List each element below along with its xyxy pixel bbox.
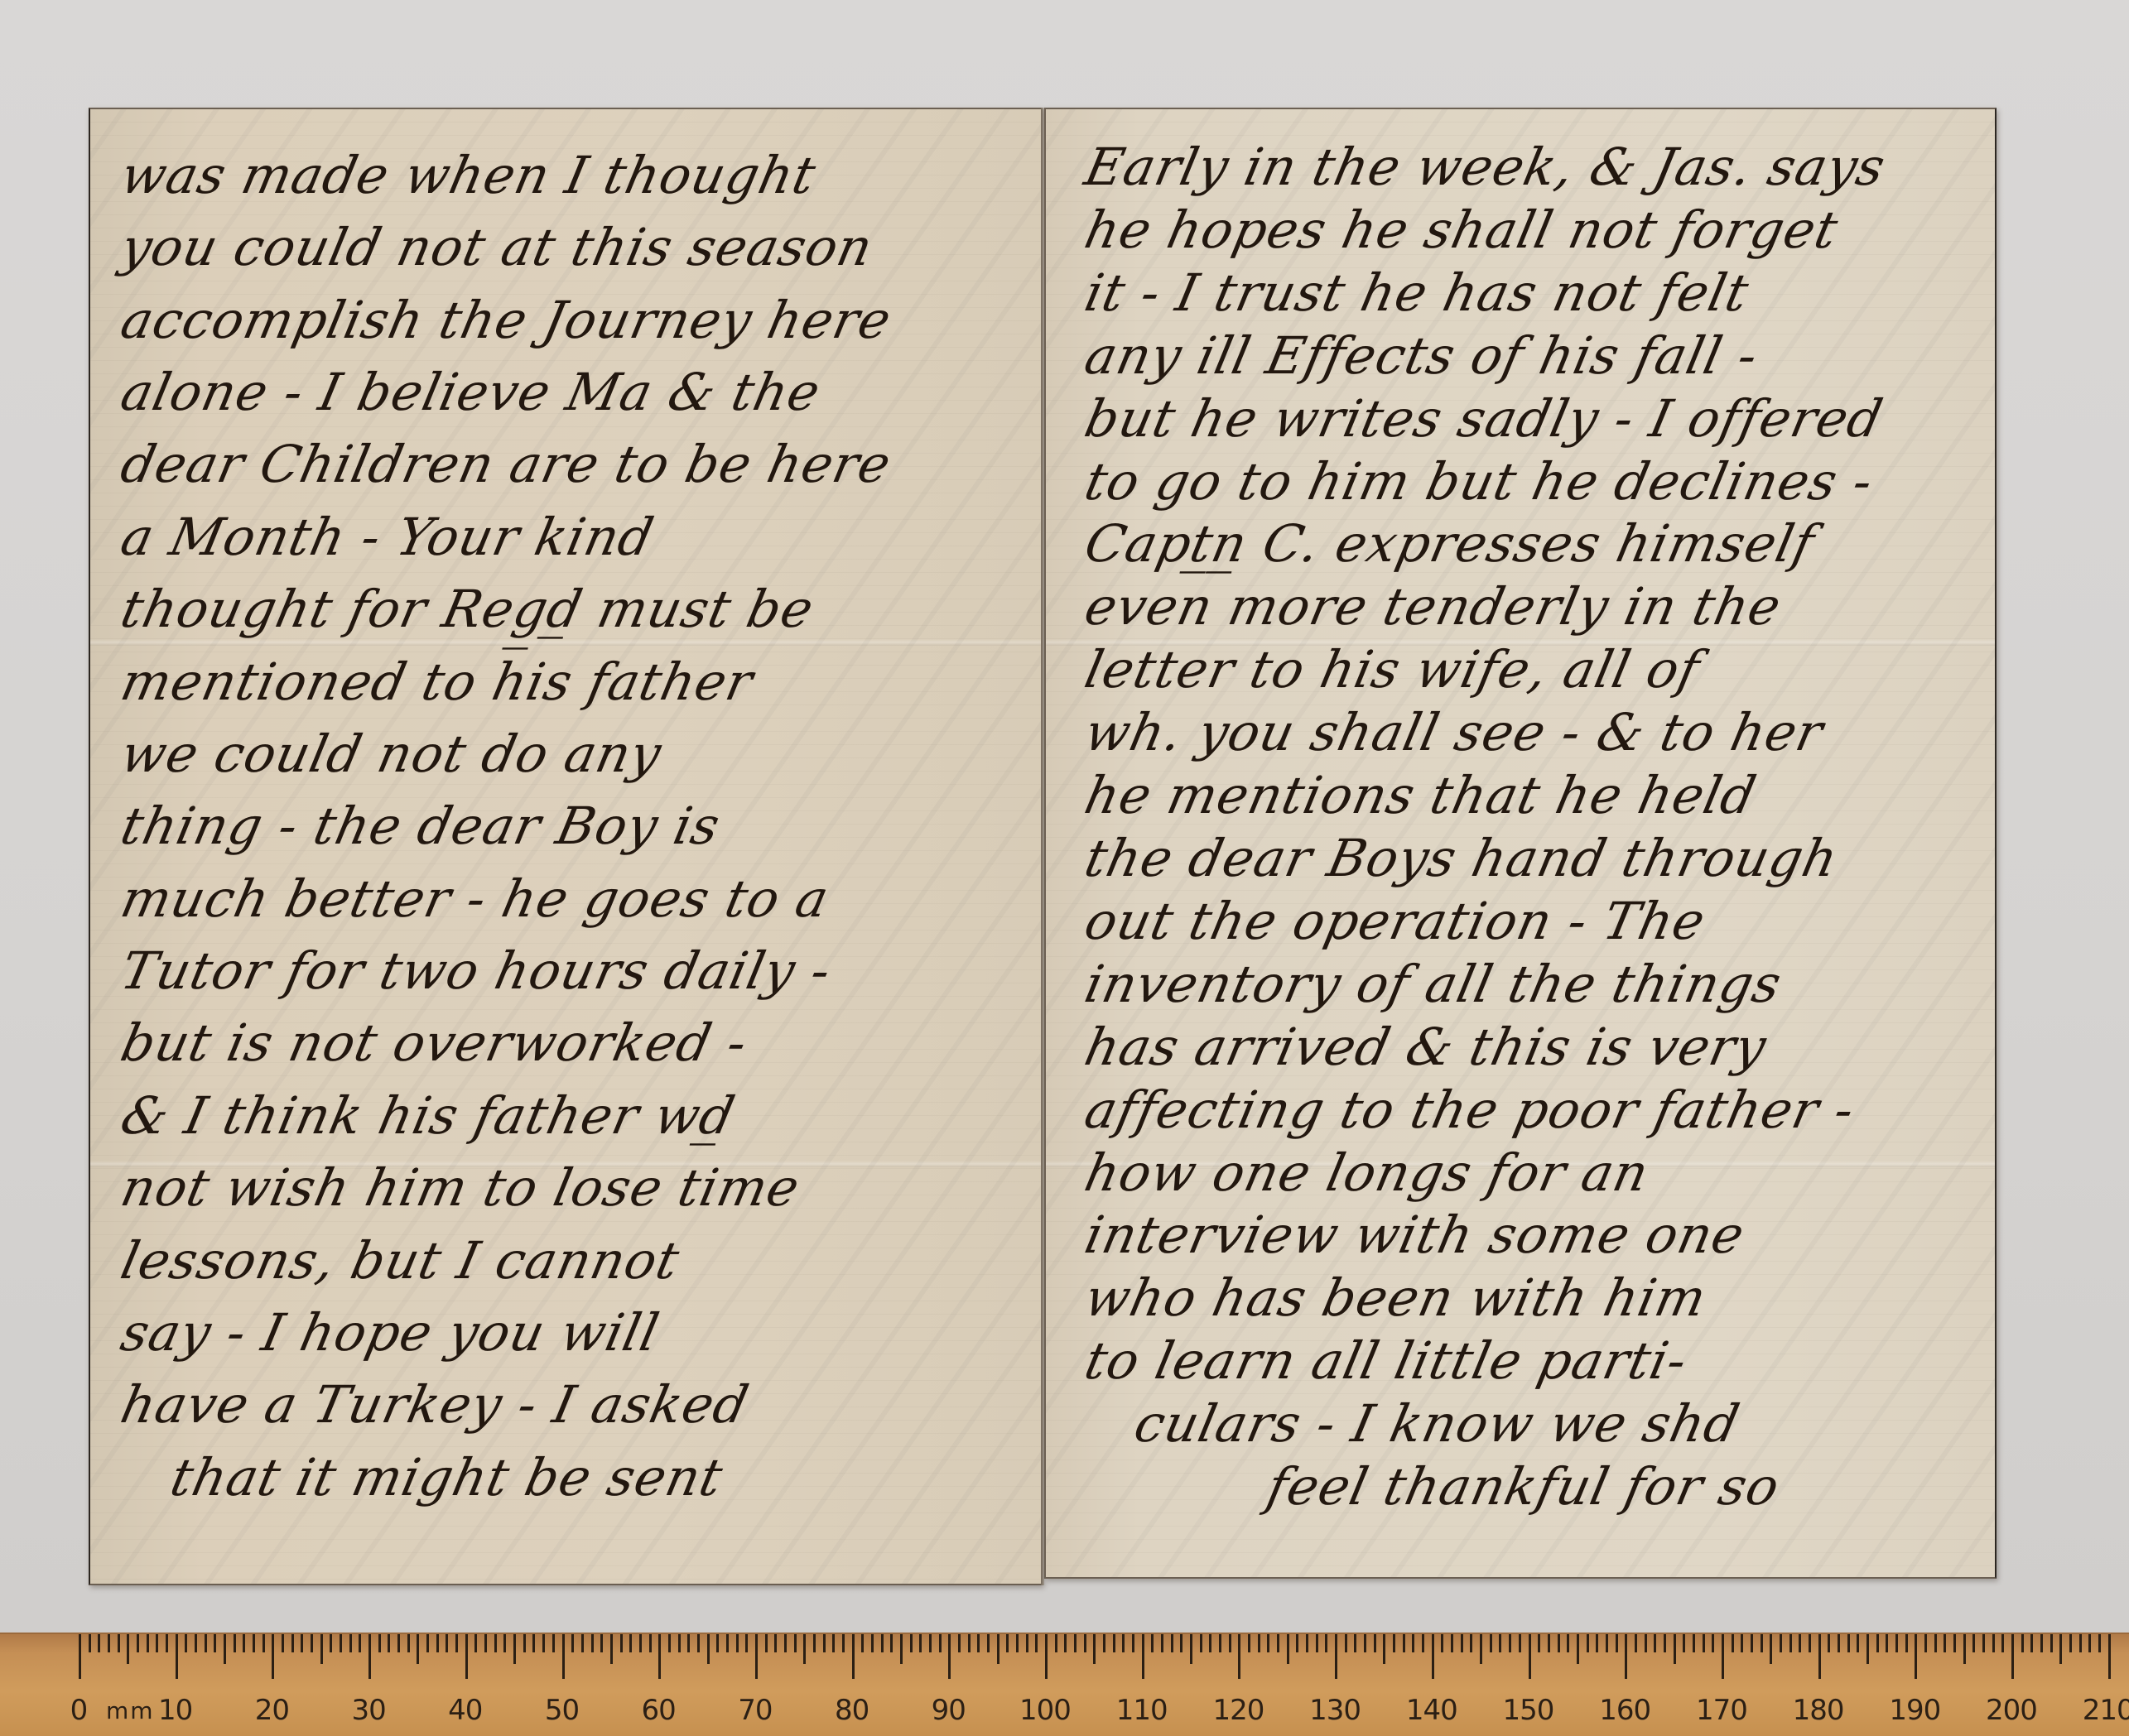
ruler-tick	[1451, 1634, 1453, 1652]
ruler-tick	[436, 1634, 439, 1652]
ruler-tick	[1963, 1634, 1966, 1664]
ruler-label: 170	[1696, 1694, 1747, 1727]
ruler-tick	[1886, 1634, 1888, 1652]
ruler-tick	[1238, 1634, 1240, 1679]
ruler-tick	[900, 1634, 903, 1664]
ruler-tick	[301, 1634, 303, 1652]
ruler-tick	[1142, 1634, 1144, 1679]
measuring-ruler: mm 0102030405060708090100110120130140150…	[0, 1633, 2129, 1736]
ruler-tick	[368, 1634, 371, 1679]
ruler-tick	[98, 1634, 100, 1652]
handwritten-line: interview with some one	[1079, 1202, 1751, 1268]
ruler-tick	[446, 1634, 448, 1652]
ruler-tick	[1364, 1634, 1366, 1652]
handwritten-line: a Month - Your kind	[115, 504, 660, 570]
ruler-tick	[649, 1634, 652, 1652]
ruler-tick	[1558, 1634, 1560, 1652]
ruler-tick	[407, 1634, 410, 1652]
ruler-label: 40	[448, 1694, 482, 1727]
ruler-tick	[1190, 1634, 1192, 1664]
ruler-tick	[1461, 1634, 1463, 1652]
ruler-tick	[272, 1634, 274, 1679]
ruler-tick	[263, 1634, 265, 1652]
ruler-label: 150	[1503, 1694, 1554, 1727]
ruler-tick	[591, 1634, 594, 1652]
ruler-tick	[185, 1634, 187, 1652]
ruler-tick	[359, 1634, 361, 1652]
ruler-tick	[629, 1634, 632, 1652]
ruler-tick	[1441, 1634, 1443, 1652]
ruler-tick	[503, 1634, 506, 1652]
handwritten-text-right: Early in the week, & Jas. sayshe hopes h…	[1046, 109, 1995, 1577]
handwritten-line: has arrived & this is very	[1079, 1014, 1772, 1080]
ruler-tick	[1809, 1634, 1811, 1652]
ruler-tick	[639, 1634, 642, 1652]
ruler-tick	[794, 1634, 797, 1652]
ruler-tick	[176, 1634, 178, 1679]
ruler-tick	[1538, 1634, 1540, 1652]
handwritten-line: accomplish the Journey here	[115, 287, 898, 353]
ruler-tick	[1606, 1634, 1608, 1652]
ruler-tick	[311, 1634, 313, 1652]
ruler-tick	[1625, 1634, 1627, 1679]
ruler-tick	[1567, 1634, 1569, 1652]
ruler-tick	[79, 1634, 81, 1679]
ruler-tick	[726, 1634, 729, 1652]
ruler-tick	[89, 1634, 91, 1652]
ruler-tick	[1799, 1634, 1801, 1652]
ruler-tick	[1267, 1634, 1269, 1652]
handwritten-line: who has been with him	[1079, 1265, 1712, 1331]
ruler-tick	[1229, 1634, 1231, 1652]
handwritten-line: that it might be sent	[165, 1445, 729, 1511]
ruler-tick	[1674, 1634, 1676, 1664]
ruler-tick	[774, 1634, 777, 1652]
ruler-tick	[1509, 1634, 1511, 1652]
ruler-tick	[1924, 1634, 1927, 1652]
ruler-tick	[881, 1634, 884, 1652]
ruler-tick	[1635, 1634, 1637, 1652]
ruler-tick	[127, 1634, 129, 1664]
ruler-tick	[484, 1634, 487, 1652]
ruler-tick	[1712, 1634, 1714, 1652]
ruler-tick	[1316, 1634, 1318, 1652]
ruler-tick	[195, 1634, 197, 1652]
handwritten-line: we could not do any	[115, 721, 667, 787]
handwritten-line: the dear Boys hand through	[1079, 825, 1844, 892]
ruler-tick	[417, 1634, 419, 1664]
ruler-tick	[919, 1634, 922, 1652]
ruler-tick	[1006, 1634, 1009, 1652]
ruler-tick	[1258, 1634, 1260, 1652]
ruler-tick	[1374, 1634, 1376, 1652]
ruler-tick	[803, 1634, 806, 1664]
handwritten-line: but is not overworked -	[115, 1010, 754, 1076]
handwritten-line: out the operation - The	[1079, 888, 1712, 955]
ruler-tick	[1761, 1634, 1763, 1652]
ruler-tick	[678, 1634, 681, 1652]
ruler-tick	[1992, 1634, 1995, 1652]
ruler-tick	[1529, 1634, 1531, 1679]
ruler-tick	[108, 1634, 110, 1652]
ruler-tick	[620, 1634, 623, 1652]
ruler-tick	[147, 1634, 149, 1652]
ruler-tick	[1683, 1634, 1685, 1652]
ruler-tick	[513, 1634, 516, 1664]
letter-page-left: was made when I thoughtyou could not at …	[89, 108, 1043, 1585]
ruler-tick	[852, 1634, 855, 1679]
ruler-label: 200	[1986, 1694, 2037, 1727]
ruler-tick	[340, 1634, 342, 1652]
ruler-tick	[1519, 1634, 1521, 1652]
handwritten-line: lessons, but I cannot	[115, 1228, 686, 1294]
ruler-tick	[929, 1634, 932, 1652]
ruler-tick	[562, 1634, 565, 1679]
ruler-tick	[997, 1634, 999, 1664]
ruler-tick	[1915, 1634, 1917, 1679]
ruler-tick	[1325, 1634, 1327, 1652]
ruler-tick	[1035, 1634, 1038, 1652]
ruler-tick	[1847, 1634, 1850, 1652]
ruler-label: 130	[1309, 1694, 1361, 1727]
handwritten-line: Early in the week, & Jas. says	[1079, 134, 1891, 200]
ruler-tick	[1093, 1634, 1096, 1664]
ruler-tick	[1113, 1634, 1115, 1652]
ruler-tick	[1171, 1634, 1173, 1652]
handwritten-line: to learn all little parti-	[1079, 1328, 1693, 1394]
ruler-tick	[205, 1634, 207, 1652]
ruler-tick	[871, 1634, 874, 1652]
letter-page-right: Early in the week, & Jas. sayshe hopes h…	[1044, 108, 1997, 1579]
handwritten-line: but he writes sadly - I offered	[1079, 386, 1889, 452]
ruler-tick	[687, 1634, 690, 1652]
ruler-tick	[224, 1634, 226, 1664]
ruler-tick	[987, 1634, 990, 1652]
ruler-tick	[1084, 1634, 1086, 1652]
ruler-tick	[397, 1634, 400, 1652]
ruler-tick	[494, 1634, 497, 1652]
ruler-tick	[861, 1634, 864, 1652]
ruler-tick	[1248, 1634, 1250, 1652]
ruler-tick	[910, 1634, 913, 1652]
ruler-tick	[2088, 1634, 2091, 1652]
handwritten-line: much better - he goes to a	[115, 866, 835, 932]
ruler-tick	[320, 1634, 323, 1664]
ruler-tick	[968, 1634, 971, 1652]
handwritten-line: not wish him to lose time	[115, 1155, 806, 1221]
ruler-label: 180	[1793, 1694, 1844, 1727]
handwritten-line: dear Children are to be here	[115, 431, 897, 498]
ruler-tick	[1789, 1634, 1792, 1652]
handwritten-text-left: was made when I thoughtyou could not at …	[90, 109, 1041, 1584]
ruler-tick	[253, 1634, 255, 1652]
handwritten-line: Capt̲n̲ C. expresses himself	[1079, 511, 1821, 577]
ruler-tick	[2098, 1634, 2101, 1652]
handwritten-line: & I think his father wd̲	[115, 1083, 741, 1149]
ruler-tick	[1587, 1634, 1589, 1652]
ruler-tick	[1287, 1634, 1289, 1664]
ruler-tick	[745, 1634, 748, 1652]
handwritten-line: he mentions that he held	[1079, 762, 1762, 829]
ruler-tick	[1296, 1634, 1298, 1652]
handwritten-line: was made when I thought	[115, 142, 822, 209]
ruler-tick	[1944, 1634, 1946, 1652]
ruler-tick	[1934, 1634, 1937, 1652]
ruler-label: 190	[1889, 1694, 1940, 1727]
handwritten-line: inventory of all the things	[1079, 951, 1788, 1017]
ruler-tick	[1866, 1634, 1869, 1664]
ruler-tick	[426, 1634, 429, 1652]
ruler-tick	[1722, 1634, 1724, 1679]
ruler-tick	[1596, 1634, 1598, 1652]
ruler-label: 90	[932, 1694, 966, 1727]
ruler-tick	[1412, 1634, 1414, 1652]
ruler-label: 160	[1599, 1694, 1650, 1727]
ruler-label: 20	[255, 1694, 289, 1727]
ruler-tick	[658, 1634, 661, 1679]
ruler-tick	[1403, 1634, 1405, 1652]
ruler-tick	[939, 1634, 942, 1652]
handwritten-line: wh. you shall see - & to her	[1079, 700, 1829, 766]
ruler-label: 110	[1116, 1694, 1168, 1727]
ruler-tick	[1480, 1634, 1482, 1664]
ruler-tick	[1161, 1634, 1163, 1652]
ruler-tick	[291, 1634, 294, 1652]
ruler-tick	[1703, 1634, 1705, 1652]
ruler-tick	[1857, 1634, 1859, 1652]
ruler-tick	[832, 1634, 835, 1652]
ruler-tick	[784, 1634, 787, 1652]
ruler-tick	[736, 1634, 739, 1652]
ruler-unit-label: mm	[106, 1697, 155, 1724]
ruler-tick	[697, 1634, 700, 1652]
ruler-label: 30	[351, 1694, 385, 1727]
ruler-tick	[1645, 1634, 1647, 1652]
ruler-tick	[1132, 1634, 1134, 1652]
ruler-tick	[1982, 1634, 1985, 1652]
ruler-tick	[610, 1634, 613, 1664]
ruler-tick	[755, 1634, 758, 1679]
handwritten-line: how one longs for an	[1079, 1140, 1655, 1206]
handwritten-line: letter to his wife, all of	[1079, 637, 1706, 703]
ruler-tick	[2011, 1634, 2014, 1679]
ruler-tick	[1393, 1634, 1395, 1652]
ruler-tick	[1499, 1634, 1501, 1652]
ruler-tick	[765, 1634, 768, 1652]
handwritten-line: alone - I believe Ma & the	[115, 359, 826, 426]
ruler-tick	[823, 1634, 826, 1652]
ruler-tick	[1345, 1634, 1347, 1652]
ruler-tick	[1664, 1634, 1666, 1652]
ruler-tick	[1026, 1634, 1028, 1652]
ruler-tick	[1277, 1634, 1279, 1652]
ruler-tick	[1383, 1634, 1385, 1664]
ruler-tick	[1432, 1634, 1434, 1679]
ruler-tick	[1335, 1634, 1337, 1679]
ruler-label: 70	[738, 1694, 772, 1727]
ruler-tick	[1876, 1634, 1879, 1652]
handwritten-line: culars - I know we shd	[1129, 1391, 1746, 1457]
ruler-tick	[1200, 1634, 1202, 1652]
ruler-tick	[1577, 1634, 1579, 1664]
ruler-tick	[1953, 1634, 1956, 1652]
ruler-tick	[1905, 1634, 1908, 1652]
ruler-tick	[2040, 1634, 2043, 1652]
ruler-tick	[1055, 1634, 1057, 1652]
ruler-tick	[349, 1634, 352, 1652]
ruler-tick	[716, 1634, 719, 1652]
handwritten-line: to go to him but he declines -	[1079, 449, 1879, 515]
ruler-tick	[137, 1634, 139, 1652]
ruler-tick	[1074, 1634, 1077, 1652]
ruler-tick	[1780, 1634, 1782, 1652]
ruler-label: 0	[70, 1694, 88, 1727]
ruler-tick	[378, 1634, 381, 1652]
ruler-tick	[1770, 1634, 1772, 1664]
ruler-tick	[243, 1634, 245, 1652]
handwritten-line: you could not at this season	[115, 214, 879, 281]
ruler-tick	[2059, 1634, 2062, 1664]
ruler-tick	[1616, 1634, 1618, 1652]
ruler-tick	[388, 1634, 390, 1652]
ruler-tick	[1751, 1634, 1753, 1652]
ruler-tick	[2030, 1634, 2033, 1652]
handwritten-line: even more tenderly in the	[1079, 574, 1787, 640]
ruler-tick	[1654, 1634, 1656, 1652]
ruler-tick	[1045, 1634, 1048, 1679]
handwritten-line: have a Turkey - I asked	[115, 1372, 755, 1438]
ruler-tick	[1151, 1634, 1154, 1652]
ruler-label: 210	[2083, 1694, 2129, 1727]
ruler-tick	[532, 1634, 535, 1652]
ruler-tick	[118, 1634, 120, 1652]
ruler-tick	[1732, 1634, 1734, 1652]
ruler-tick	[2069, 1634, 2072, 1652]
ruler-tick	[2021, 1634, 2024, 1652]
ruler-tick	[1422, 1634, 1424, 1652]
handwritten-line: Tutor for two hours daily -	[115, 938, 837, 1004]
ruler-tick	[668, 1634, 671, 1652]
ruler-tick	[571, 1634, 574, 1652]
ruler-tick	[890, 1634, 893, 1652]
handwritten-line: any ill Effects of his fall -	[1079, 323, 1764, 389]
ruler-label: 50	[545, 1694, 579, 1727]
ruler-tick	[542, 1634, 545, 1652]
ruler-tick	[156, 1634, 158, 1652]
ruler-tick	[2079, 1634, 2082, 1652]
ruler-label: 60	[642, 1694, 676, 1727]
handwritten-line: thought for Reg̲d̲ must be	[115, 576, 820, 642]
ruler-tick	[330, 1634, 332, 1652]
ruler-tick	[1180, 1634, 1183, 1652]
ruler-tick	[455, 1634, 458, 1652]
handwritten-line: it - I trust he has not felt	[1079, 260, 1755, 326]
ruler-tick	[1838, 1634, 1840, 1652]
ruler-label: 120	[1212, 1694, 1264, 1727]
ruler-tick	[958, 1634, 961, 1652]
ruler-tick	[2108, 1634, 2111, 1679]
ruler-label: 10	[158, 1694, 192, 1727]
handwritten-line: he hopes he shall not forget	[1079, 197, 1844, 263]
ruler-tick	[1818, 1634, 1821, 1679]
ruler-tick	[465, 1634, 468, 1679]
ruler-tick	[1219, 1634, 1221, 1652]
ruler-tick	[1490, 1634, 1492, 1652]
ruler-tick	[1354, 1634, 1356, 1652]
ruler-tick	[234, 1634, 236, 1652]
ruler-tick	[1016, 1634, 1019, 1652]
ruler-label: 80	[835, 1694, 869, 1727]
handwritten-line: affecting to the poor father -	[1079, 1077, 1861, 1143]
ruler-tick	[1972, 1634, 1975, 1652]
ruler-tick	[948, 1634, 951, 1679]
ruler-tick	[474, 1634, 477, 1652]
ruler-tick	[813, 1634, 816, 1652]
ruler-tick	[1741, 1634, 1743, 1652]
ruler-tick	[166, 1634, 168, 1652]
ruler-label: 100	[1019, 1694, 1071, 1727]
ruler-tick	[1548, 1634, 1550, 1652]
ruler-tick	[1306, 1634, 1308, 1652]
ruler-tick	[552, 1634, 555, 1652]
ruler-tick	[2050, 1634, 2053, 1652]
handwritten-line: say - I hope you will	[115, 1300, 665, 1366]
ruler-tick	[214, 1634, 216, 1652]
ruler-tick	[1209, 1634, 1211, 1652]
ruler-tick	[1895, 1634, 1898, 1652]
ruler-tick	[707, 1634, 710, 1664]
ruler-tick	[282, 1634, 284, 1652]
ruler-tick	[523, 1634, 526, 1652]
ruler-tick	[1828, 1634, 1830, 1652]
handwritten-line: feel thankful for so	[1261, 1454, 1785, 1520]
ruler-tick	[977, 1634, 980, 1652]
ruler-tick	[1693, 1634, 1695, 1652]
ruler-tick	[581, 1634, 584, 1652]
ruler-tick	[2001, 1634, 2004, 1652]
ruler-tick	[1470, 1634, 1472, 1652]
ruler-tick	[842, 1634, 845, 1652]
ruler-tick	[600, 1634, 603, 1652]
ruler-tick	[1122, 1634, 1125, 1652]
handwritten-line: mentioned to his father	[115, 649, 759, 715]
ruler-tick	[1064, 1634, 1067, 1652]
ruler-label: 140	[1406, 1694, 1457, 1727]
ruler-tick	[1103, 1634, 1105, 1652]
handwritten-line: thing - the dear Boy is	[115, 793, 726, 859]
